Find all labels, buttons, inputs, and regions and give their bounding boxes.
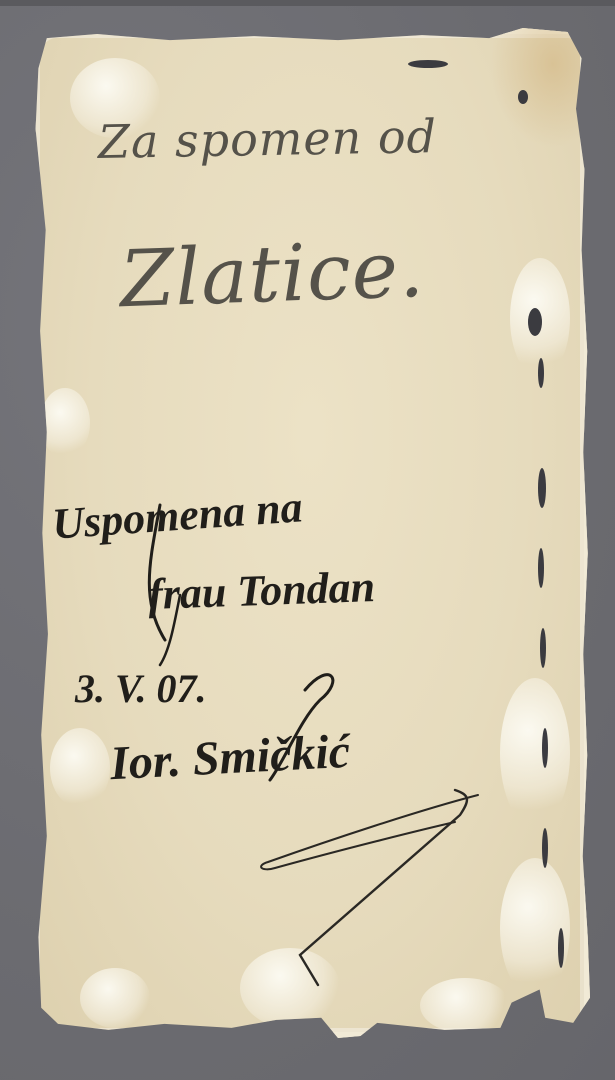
lace-cutout: [542, 728, 548, 768]
embossed-leaf-left: [40, 388, 90, 458]
embossed-leaf-left-lower: [50, 728, 110, 808]
lace-cutout: [540, 628, 546, 668]
embossed-flower-bottom-right: [420, 978, 510, 1033]
mount-board-top-edge: [0, 0, 615, 6]
ink-inscription-line-2: frau Tondan: [147, 561, 376, 620]
pencil-inscription-line-2: Zlatice.: [119, 225, 427, 326]
embossed-flower-bottom-left: [80, 968, 150, 1028]
lace-cutout: [538, 468, 546, 508]
age-stain: [490, 28, 580, 148]
ink-date: 3. V. 07.: [75, 665, 207, 712]
embossed-vine-right-lower: [500, 678, 570, 828]
lace-cutout: [558, 928, 564, 968]
lace-cutout: [518, 90, 528, 104]
lace-cutout: [408, 60, 448, 68]
lace-cutout: [542, 828, 548, 868]
lace-cutout: [528, 308, 542, 336]
pencil-inscription-line-1: Za spomen od: [98, 109, 438, 169]
embossed-flower-bottom-center: [240, 948, 340, 1028]
lace-cutout: [538, 358, 544, 388]
lace-cutout: [538, 548, 544, 588]
